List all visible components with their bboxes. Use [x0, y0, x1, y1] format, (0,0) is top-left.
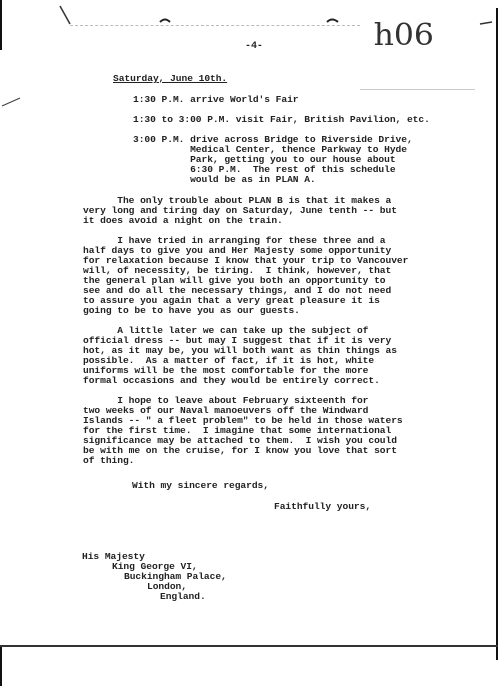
- text-line: formal occasions and they would be entir…: [83, 376, 380, 386]
- address-line: England.: [160, 592, 206, 602]
- page-number: -4-: [245, 42, 263, 52]
- date-heading: Saturday, June 10th.: [113, 74, 227, 84]
- letter-page: h06 -4- Saturday, June 10th. 1:30 P.M. a…: [0, 0, 500, 686]
- text-line: going to be to have you as our guests.: [83, 306, 300, 316]
- text-line: of thing.: [83, 456, 134, 466]
- handwritten-annotation: h06: [374, 18, 434, 53]
- bottom-left-mark: [0, 647, 2, 686]
- schedule-item: 1:30 P.M. arrive World's Fair: [133, 95, 299, 105]
- schedule-item: 1:30 to 3:00 P.M. visit Fair, British Pa…: [133, 115, 430, 125]
- closing-regards: With my sincere regards,: [132, 481, 269, 491]
- closing-signoff: Faithfully yours,: [274, 502, 371, 512]
- text-line: it does avoid a night on the train.: [83, 216, 283, 226]
- text-line: would be as in PLAN A.: [133, 175, 316, 185]
- bottom-edge-border: [0, 645, 498, 647]
